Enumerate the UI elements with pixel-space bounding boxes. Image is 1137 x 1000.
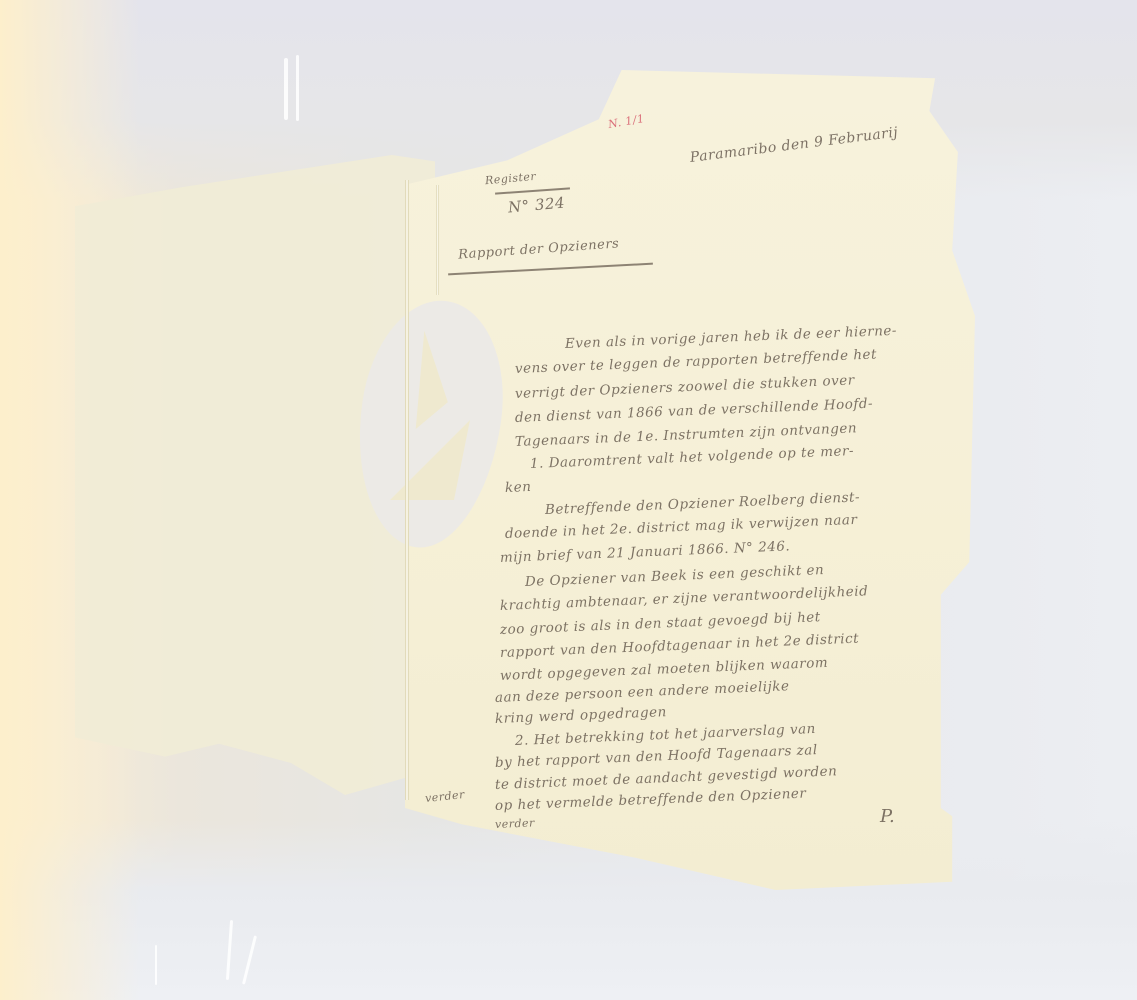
- page-mark: P.: [880, 806, 895, 827]
- mat-background-bottom: [0, 820, 1137, 1000]
- glare-mark: [155, 945, 157, 985]
- binding-strip: [405, 180, 409, 800]
- manuscript-page: [405, 70, 975, 890]
- glare-mark: [284, 58, 288, 120]
- glare-mark: [296, 55, 299, 121]
- body-line: ken: [505, 479, 532, 496]
- body-line: verder: [495, 816, 535, 831]
- binding-strip: [436, 185, 439, 295]
